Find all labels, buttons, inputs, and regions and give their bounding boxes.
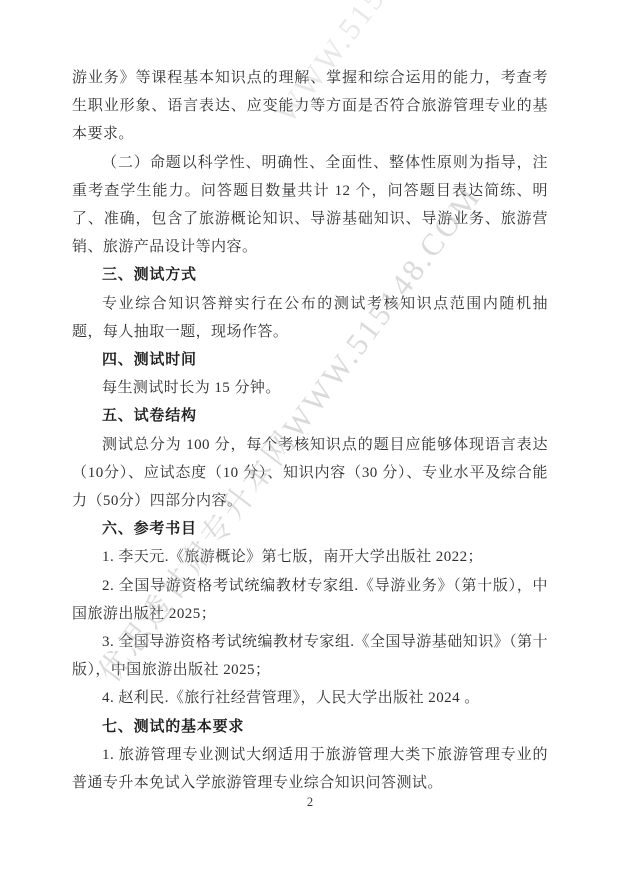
body-paragraph: 每生测试时长为 15 分钟。: [72, 374, 548, 402]
section-heading: 三、测试方式: [72, 261, 548, 289]
body-paragraph: 1. 李天元.《旅游概论》第七版，南开大学出版社 2022；: [72, 543, 548, 571]
body-paragraph: 专业综合知识答辩实行在公布的测试考核知识点范围内随机抽题，每人抽取一题，现场作答…: [72, 290, 548, 346]
section-heading: 六、参考书目: [72, 515, 548, 543]
body-paragraph: 测试总分为 100 分，每个考核知识点的题目应能够体现语言表达（10分）、应试态…: [72, 431, 548, 516]
section-heading: 五、试卷结构: [72, 402, 548, 430]
body-paragraph: 1. 旅游管理专业测试大纲适用于旅游管理大类下旅游管理专业的普通专升本免试入学旅…: [72, 741, 548, 797]
body-paragraph: 游业务》等课程基本知识点的理解、掌握和综合运用的能力，考查考生职业形象、语言表达…: [72, 64, 548, 149]
body-paragraph: 3. 全国导游资格考试统编教材专家组.《全国导游基础知识》（第十版），中国旅游出…: [72, 628, 548, 684]
document-body: 游业务》等课程基本知识点的理解、掌握和综合运用的能力，考查考生职业形象、语言表达…: [72, 64, 548, 797]
body-paragraph: 4. 赵利民.《旅行社经营管理》，人民大学出版社 2024 。: [72, 684, 548, 712]
body-paragraph: 2. 全国导游资格考试统编教材专家组.《导游业务》（第十版），中国旅游出版社 2…: [72, 572, 548, 628]
page-number: 2: [0, 795, 620, 810]
section-heading: 四、测试时间: [72, 346, 548, 374]
document-page: 优思透甘肃专升本网WWW.515148.COM WWW.515148.COM 游…: [0, 0, 620, 876]
section-heading: 七、测试的基本要求: [72, 713, 548, 741]
body-paragraph: （二）命题以科学性、明确性、全面性、整体性原则为指导，注重考查学生能力。问答题目…: [72, 149, 548, 262]
